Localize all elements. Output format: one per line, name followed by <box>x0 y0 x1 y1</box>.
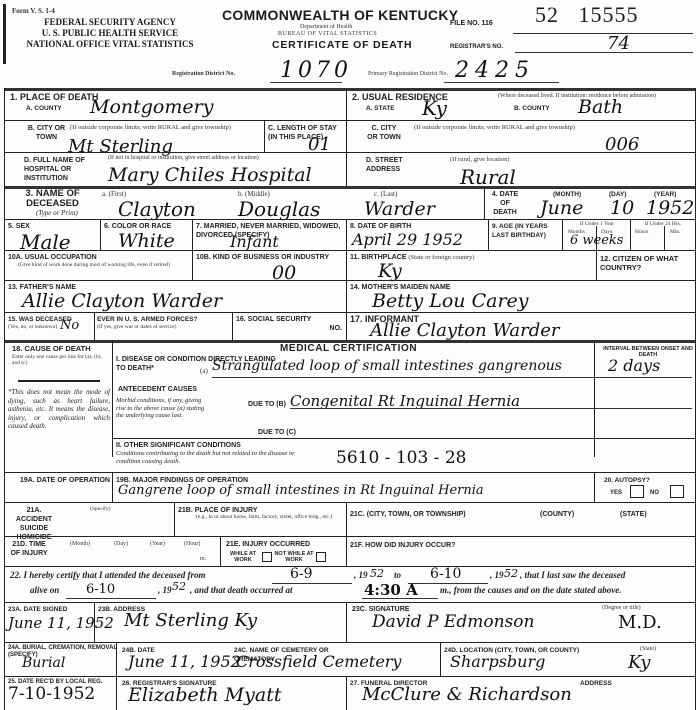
burial-value: Burial <box>22 655 65 671</box>
hospital-label: d. FULL NAME OF HOSPITAL OR INSTITUTION <box>24 156 106 183</box>
death-time-value: 4:30 A <box>364 581 418 599</box>
attended-from-year: 52 <box>370 567 384 580</box>
registrar-no-line <box>515 52 693 53</box>
mother-name-value: Betty Lou Carey <box>372 290 529 312</box>
reg-district-value: 1070 <box>280 58 352 83</box>
divider <box>192 219 193 250</box>
agency-line: U. S. PUBLIC HEALTH SERVICE <box>10 28 210 39</box>
other-conditions-label: II. OTHER SIGNIFICANT CONDITIONS <box>116 441 241 450</box>
alive-on-underline <box>66 598 156 599</box>
attended-to-value: 6-10 <box>430 566 461 582</box>
from-underline <box>272 583 352 584</box>
divider <box>4 250 696 251</box>
divider <box>4 536 696 537</box>
cemetery-value: Crossfield Cemetery <box>236 652 401 671</box>
divider <box>346 88 347 186</box>
armed-forces-label: 15. WAS DECEASED <box>8 315 98 324</box>
divider <box>94 312 95 340</box>
page-title: COMMONWEALTH OF KENTUCKY <box>222 7 458 23</box>
date-signed-label: 23a. DATE SIGNED <box>8 605 67 614</box>
right-border <box>695 88 696 710</box>
injury-month-label: (Month) <box>70 541 90 547</box>
not-while-at-work-checkbox[interactable] <box>316 552 326 562</box>
other-conditions-value: 5610 - 103 - 28 <box>336 448 466 468</box>
divider <box>346 676 347 710</box>
divider <box>232 312 233 340</box>
certify-text-2: , that I last saw the deceased <box>520 571 625 580</box>
divider <box>4 186 696 189</box>
left-border <box>4 88 5 710</box>
res-city-note: (If outside corporate limits, write RURA… <box>414 124 575 131</box>
degree-label: (Degree or title) <box>602 605 641 611</box>
divider <box>596 250 597 280</box>
birthplace-note: (State or foreign country) <box>408 254 474 261</box>
line-a-underline <box>212 377 692 378</box>
occupation-label: 10a. USUAL OCCUPATION <box>8 253 97 262</box>
comma-19-b: , 19 <box>490 571 504 580</box>
res-state-label: a. STATE <box>366 104 395 113</box>
antecedent-note: Morbid conditions, if any, giving rise t… <box>116 397 212 420</box>
birthplace-label: 11. BIRTHPLACE (State or foreign country… <box>350 253 475 262</box>
under-1-year-label: If Under 1 Year <box>565 221 629 227</box>
autopsy-no-label: NO <box>650 489 659 498</box>
registrar-no-value: 74 <box>607 33 630 54</box>
divider <box>112 438 696 439</box>
birthplace-value: Ky <box>378 260 402 282</box>
comma-19: , 19 <box>354 571 368 580</box>
autopsy-label: 20. AUTOPSY? <box>604 476 650 485</box>
divider <box>594 340 595 457</box>
city-note: (If outside corporate limits, write RURA… <box>70 124 260 131</box>
res-county-label: b. COUNTY <box>514 104 550 113</box>
death-county-value: Montgomery <box>90 96 213 118</box>
injury-city-label: 21c. (CITY, TOWN, OR TOWNSHIP) <box>350 510 466 519</box>
certify-text-3: , and that death occurred at <box>190 586 293 595</box>
divider <box>94 602 95 642</box>
armed-forces-label-2: EVER IN U. S. ARMED FORCES? <box>97 315 198 324</box>
last-name-value: Warder <box>364 198 435 220</box>
divider <box>4 566 696 567</box>
alive-on-value: 6-10 <box>86 582 115 597</box>
divider <box>4 312 696 313</box>
dob-value: April 29 1952 <box>352 230 463 249</box>
divider <box>484 186 485 219</box>
armed-forces-note-1: (Yes, no, or unknown) <box>8 324 57 330</box>
place-of-injury-note: (e.g., in or about home, farm, factory, … <box>196 514 346 520</box>
signature-value: David P Edmonson <box>372 612 534 632</box>
burial-date-value: June 11, 1952 <box>128 652 241 671</box>
race-value: White <box>118 230 175 252</box>
hours-label: Hours <box>635 229 648 235</box>
comma-19-c: , 19 <box>158 586 172 595</box>
informant-value: Allie Clayton Warder <box>370 320 560 341</box>
left-edge-bar <box>3 4 6 64</box>
hospital-value: Mary Chiles Hospital <box>108 164 312 186</box>
cause-of-death-note: Enter only one cause per line for (a), (… <box>12 354 108 366</box>
while-at-work-checkbox[interactable] <box>262 552 272 562</box>
occupation-note: (Give kind of work done during most of w… <box>18 262 188 268</box>
divider <box>4 152 346 153</box>
death-certificate: Form V. S. 1-4 FEDERAL SECURITY AGENCY U… <box>0 0 700 710</box>
divider <box>346 502 347 536</box>
accident-note: (Specify) <box>90 506 110 512</box>
file-no-value: 52 15555 <box>535 2 639 28</box>
divider <box>4 120 346 121</box>
line-a-prefix: (a) <box>200 367 208 375</box>
registrar-signature-value: Elizabeth Myatt <box>128 684 281 706</box>
divider <box>440 642 441 676</box>
death-year-value: 1952 <box>646 197 694 219</box>
divider <box>488 219 489 250</box>
divider <box>18 380 100 382</box>
autopsy-yes-checkbox[interactable] <box>630 485 644 498</box>
line-b-underline <box>290 408 692 409</box>
burial-location-state-value: Ky <box>628 652 650 673</box>
interval-a-value: 2 days <box>608 356 660 375</box>
divider <box>346 152 696 153</box>
death-day-value: 10 <box>610 197 634 219</box>
type-or-print-note: (Type or Print) <box>36 209 78 218</box>
under-24-hrs-label: If Under 24 Hrs. <box>630 221 696 227</box>
form-number: Form V. S. 1-4 <box>12 7 55 15</box>
header-divider <box>4 88 696 91</box>
attended-to-year: 52 <box>504 567 518 580</box>
ssn-label: 16. SOCIAL SECURITYNO. <box>236 315 342 333</box>
agency-line: NATIONAL OFFICE VITAL STATISTICS <box>10 39 210 50</box>
divider <box>100 219 101 250</box>
footnote: *This does not mean the mode of dying, s… <box>8 388 110 431</box>
place-of-death-label: 1. PLACE OF DEATH <box>10 93 98 102</box>
due-to-c-label: DUE TO (c) <box>258 428 296 437</box>
how-injury-label: 21f. HOW DID INJURY OCCUR? <box>350 541 455 550</box>
agency-line: FEDERAL SECURITY AGENCY <box>10 17 210 28</box>
time-of-injury-label: 21d. TIME OF INJURY <box>8 540 50 558</box>
divider <box>4 602 696 603</box>
department: Department of Health <box>300 24 352 30</box>
to-underline <box>408 583 488 584</box>
other-conditions-note: Conditions contributing to the death but… <box>116 450 316 465</box>
city-town-label: b. CITY OR TOWN <box>24 124 69 142</box>
marital-status-value: Infant <box>230 232 279 251</box>
divider <box>346 120 696 121</box>
middle-name-value: Douglas <box>238 197 320 221</box>
certificate-title: CERTIFICATE OF DEATH <box>272 39 412 51</box>
divider <box>562 219 563 250</box>
res-state-value: Ky <box>422 96 447 120</box>
county-label: a. COUNTY <box>26 104 62 113</box>
divider <box>112 472 113 502</box>
divider <box>630 219 631 250</box>
medical-certification-heading: MEDICAL CERTIFICATION <box>280 344 417 353</box>
certify-text-1: 22. I hereby certify that I attended the… <box>10 571 205 580</box>
injury-state-label: (STATE) <box>620 510 647 519</box>
divider <box>4 280 696 281</box>
due-to-b-label: DUE TO (b) <box>248 400 286 409</box>
operation-findings-value: Gangrene loop of small intestines in Rt … <box>118 483 484 498</box>
divider <box>4 502 696 503</box>
street-note: (If rural, give location) <box>450 156 510 163</box>
injury-county-label: (COUNTY) <box>540 510 574 519</box>
death-month-value: June <box>540 197 583 219</box>
divider <box>346 250 347 280</box>
res-city-label: c. CITY OR TOWN <box>366 124 402 142</box>
divider <box>346 219 347 250</box>
father-name-value: Allie Clayton Warder <box>22 290 222 312</box>
injury-day-label: (Day) <box>114 541 128 547</box>
date-signed-value: June 11, 1952 <box>8 614 114 632</box>
injury-occurred-label: 21e. INJURY OCCURRED <box>226 540 310 549</box>
divider <box>4 676 696 677</box>
armed-forces-note-2: (If yes, give war or dates of service) <box>97 324 176 330</box>
death-city-value: Mt Sterling <box>68 136 173 157</box>
res-county-value: Bath <box>578 96 623 118</box>
degree-value: M.D. <box>618 612 662 633</box>
funeral-director-value: McClure & Richardson <box>362 684 572 705</box>
min-label: Min. <box>670 229 681 235</box>
divider <box>346 280 347 340</box>
divider <box>4 219 696 220</box>
first-name-value: Clayton <box>118 197 196 221</box>
divider <box>346 602 347 642</box>
divider <box>346 536 347 566</box>
primary-district-label: Primary Registration District No. <box>368 71 448 77</box>
divider <box>664 226 665 250</box>
attended-from-value: 6-9 <box>290 566 313 582</box>
cause-line-a-value: Strangulated loop of small intestines ga… <box>212 355 592 377</box>
cause-of-death-label: 18. CAUSE OF DEATH <box>12 344 91 353</box>
divider <box>4 472 696 473</box>
divider <box>174 502 175 536</box>
file-no-label: FILE NO. 116 <box>450 20 493 27</box>
reg-district-label: Registration District No. <box>172 71 235 77</box>
certify-text-4: m., from the causes and on the date stat… <box>440 586 622 595</box>
bureau: BUREAU OF VITAL STATISTICS <box>278 31 377 37</box>
divider <box>264 120 265 152</box>
divider <box>594 472 595 502</box>
funeral-director-address-label: ADDRESS <box>580 679 612 688</box>
not-while-at-work-label: NOT WHILE AT WORK <box>274 551 314 563</box>
date-of-death-label: 4. DATE OF DEATH <box>488 190 522 217</box>
length-of-stay-label: c. LENGTH OF STAY (in this place) <box>268 124 346 142</box>
citizen-label: 12. CITIZEN OF WHAT COUNTRY? <box>600 254 696 272</box>
file-no-label-text: FILE NO. 116 <box>450 20 493 27</box>
antecedent-label: ANTECEDENT CAUSES <box>118 385 197 394</box>
divider <box>220 536 221 566</box>
operation-date-label: 19a. DATE OF OPERATION <box>14 476 110 485</box>
address-value: Mt Sterling Ky <box>124 610 257 631</box>
burial-location-value: Sharpsburg <box>450 652 545 671</box>
agency-block: FEDERAL SECURITY AGENCY U. S. PUBLIC HEA… <box>10 17 210 50</box>
last-name-label: c. (Last) <box>374 190 397 198</box>
hospital-note: (If not in hospital or institution, give… <box>108 155 338 161</box>
date-received-value: 7-10-1952 <box>8 684 95 704</box>
business-label: 10b. KIND OF BUSINESS OR INDUSTRY <box>196 253 344 262</box>
alive-on-year: 52 <box>172 580 186 593</box>
injury-hour-label: (Hour) <box>184 541 200 547</box>
age-value: 6 weeks <box>570 233 623 248</box>
divider <box>4 642 696 643</box>
injury-m-label: m. <box>200 556 206 562</box>
divider <box>112 340 113 457</box>
file-no-line <box>513 33 693 34</box>
street-label: d. STREET ADDRESS <box>366 156 412 174</box>
injury-year-label: (Year) <box>150 541 165 547</box>
registrar-no-label: REGISTRAR'S NO. <box>450 44 503 50</box>
autopsy-yes-label: YES <box>610 489 622 498</box>
primary-district-value: 2425 <box>455 58 535 83</box>
name-of-deceased-label: 3. NAME OF DECEASED <box>10 189 95 209</box>
autopsy-no-checkbox[interactable] <box>670 485 684 498</box>
divider <box>192 250 193 280</box>
alive-on-text: alive on <box>30 586 59 595</box>
while-at-work-label: WHILE AT WORK <box>226 551 260 563</box>
age-label: 9. AGE (In years last birthday) <box>492 222 560 240</box>
armed-forces-value: No <box>60 318 79 333</box>
to-text: to <box>394 571 401 580</box>
